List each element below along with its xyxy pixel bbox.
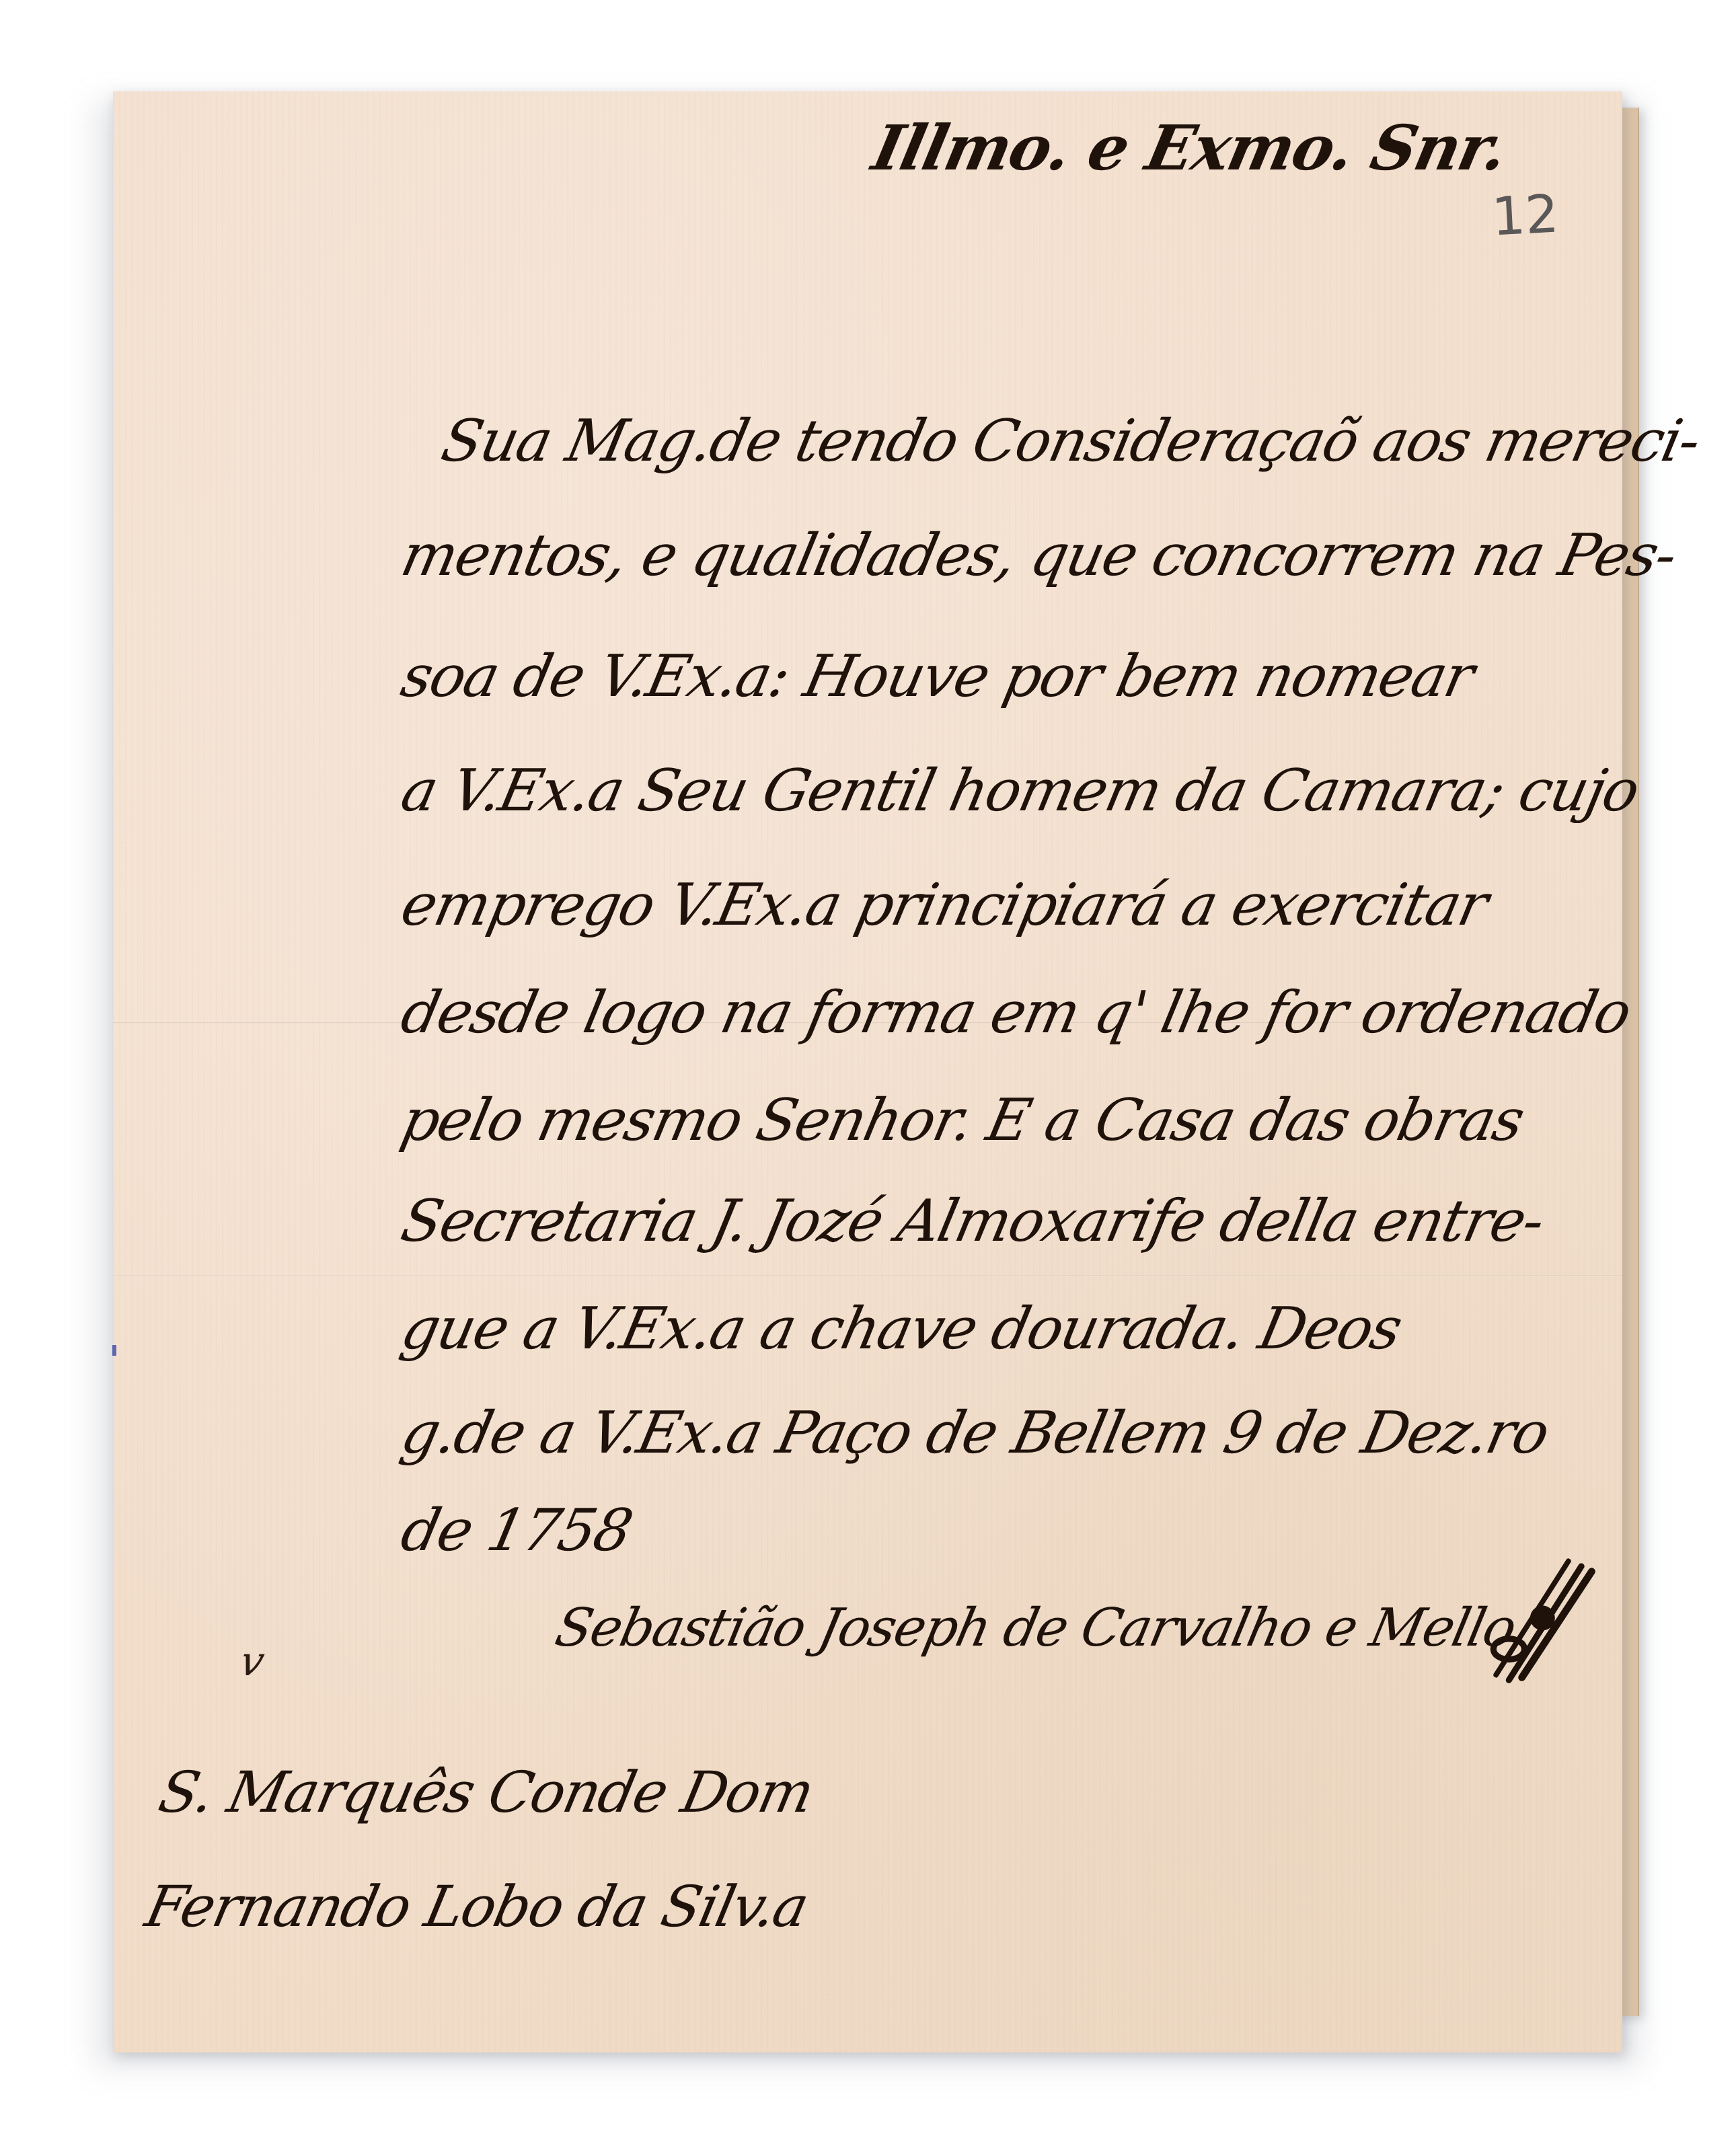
horizontal-fold-lower (113, 1275, 1622, 1277)
body-line: mentos, e qualidades, que concorrem na P… (395, 522, 1682, 589)
signature-paraph-icon (1445, 1551, 1620, 1685)
signature: Sebastião Joseph de Carvalho e Mello (550, 1598, 1521, 1658)
date-line: de 1758 (395, 1497, 637, 1564)
body-line: g.de a V.Ex.a Paço de Bellem 9 de Dez.ro (395, 1399, 1554, 1467)
addressee-line: S. Marquês Conde Dom (153, 1759, 819, 1825)
body-line: Sua Mag.de tendo Consideraçaõ aos mereci… (436, 408, 1705, 475)
body-line: desde logo na forma em q' lhe for ordena… (395, 979, 1636, 1046)
body-line: soa de V.Ex.a: Houve por bem nomear (395, 643, 1479, 710)
check-mark: v (236, 1638, 269, 1685)
paper-texture (113, 91, 1622, 2052)
body-line: Secretaria J. Jozé Almoxarife della entr… (395, 1188, 1549, 1255)
body-line: pelo mesmo Senhor. E a Casa das obras (395, 1087, 1529, 1154)
vertical-fold (796, 91, 798, 2052)
folio-number: 12 (1490, 184, 1560, 247)
manuscript-letter: Illmo. e Exmo. Snr. 12 Sua Mag.de tendo … (113, 91, 1622, 2052)
body-line: gue a V.Ex.a a chave dourada. Deos (395, 1295, 1407, 1362)
body-line: a V.Ex.a Seu Gentil homem da Camara; cuj… (395, 757, 1645, 824)
blue-ink-mark (112, 1345, 116, 1356)
salutation: Illmo. e Exmo. Snr. (866, 112, 1513, 184)
body-line: emprego V.Ex.a principiará a exercitar (395, 872, 1493, 939)
addressee-line: Fernando Lobo da Silv.a (140, 1874, 813, 1939)
